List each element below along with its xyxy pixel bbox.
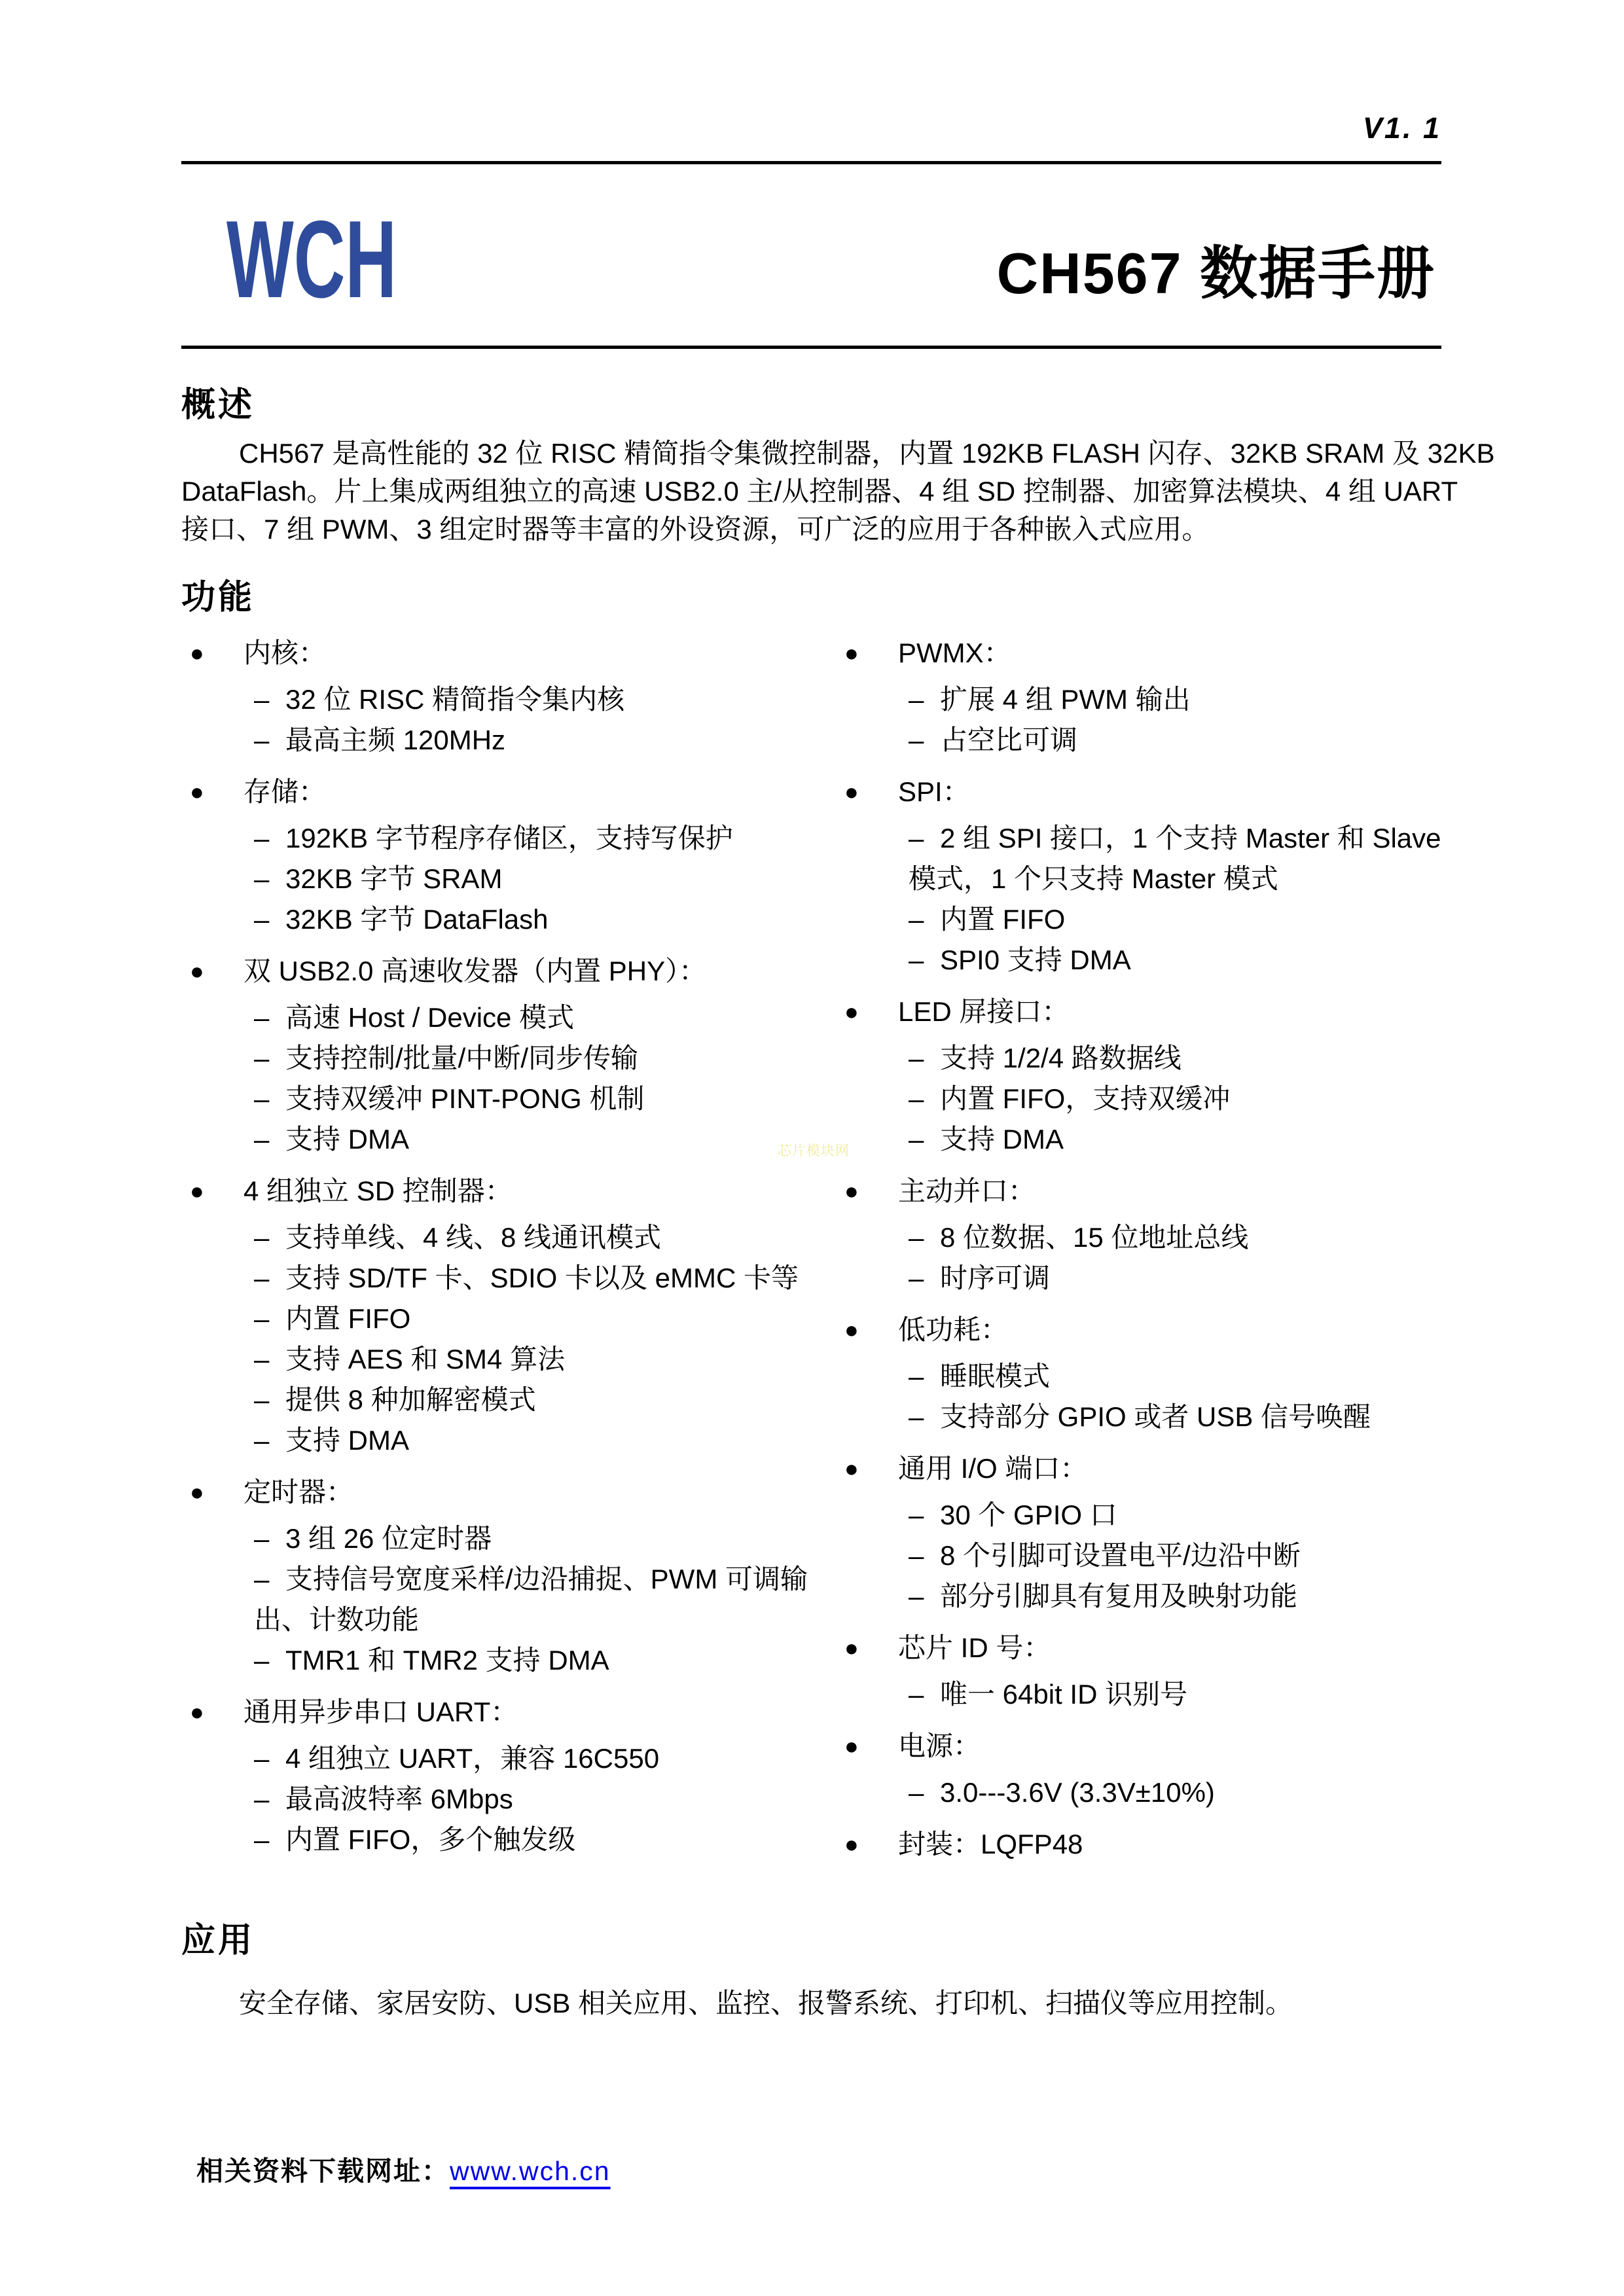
feature-item-label: 主动并口： bbox=[898, 1170, 1036, 1212]
feature-sub-text: 内置 FIFO bbox=[940, 904, 1065, 935]
feature-sub-line: –提供 8 种加解密模式 bbox=[254, 1380, 848, 1420]
feature-sub-line: –内置 FIFO bbox=[254, 1299, 848, 1339]
dash-icon: – bbox=[909, 1038, 940, 1079]
feature-item-label: LED 屏接口： bbox=[898, 991, 1069, 1033]
feature-sub-line: –睡眠模式 bbox=[909, 1356, 1548, 1397]
feature-item-label: 4 组独立 SD 控制器： bbox=[244, 1170, 513, 1212]
feature-item-label: 封装：LQFP48 bbox=[898, 1823, 1083, 1865]
feature-sub-text: 最高波特率 6Mbps bbox=[285, 1784, 513, 1814]
feature-sub-line: –支持 AES 和 SM4 算法 bbox=[254, 1339, 848, 1380]
feature-sub-text: 内置 FIFO，支持双缓冲 bbox=[940, 1083, 1230, 1114]
feature-sub-text: 支持双缓冲 PINT-PONG 机制 bbox=[285, 1083, 644, 1114]
feature-sub-text: 32 位 RISC 精简指令集内核 bbox=[285, 684, 624, 715]
feature-sub-text: 2 组 SPI 接口，1 个支持 Master 和 Slave bbox=[940, 823, 1441, 853]
feature-sub-line: –32KB 字节 SRAM bbox=[254, 859, 848, 899]
dash-icon: – bbox=[254, 1119, 285, 1160]
features-column-right: ●PWMX：–扩展 4 组 PWM 输出–占空比可调●SPI：–2 组 SPI … bbox=[844, 632, 1548, 1865]
dash-icon: – bbox=[254, 1339, 285, 1380]
feature-item: ●4 组独立 SD 控制器：–支持单线、4 线、8 线通讯模式–支持 SD/TF… bbox=[190, 1170, 848, 1461]
feature-item-head: ●SPI： bbox=[844, 771, 1548, 813]
feature-item-label: 存储： bbox=[244, 771, 326, 813]
feature-sub-line: –3 组 26 位定时器 bbox=[254, 1518, 848, 1559]
dash-icon: – bbox=[909, 679, 940, 720]
feature-sub-line: –最高波特率 6Mbps bbox=[254, 1779, 848, 1820]
feature-item: ●低功耗：–睡眠模式–支持部分 GPIO 或者 USB 信号唤醒 bbox=[844, 1309, 1548, 1437]
feature-item: ●PWMX：–扩展 4 组 PWM 输出–占空比可调 bbox=[844, 632, 1548, 761]
feature-sub-line: –支持信号宽度采样/边沿捕捉、PWM 可调输 bbox=[254, 1559, 848, 1600]
feature-item-head: ●4 组独立 SD 控制器： bbox=[190, 1170, 848, 1212]
feature-item: ●内核：–32 位 RISC 精简指令集内核–最高主频 120MHz bbox=[190, 632, 848, 761]
feature-sub-text: 支持 AES 和 SM4 算法 bbox=[285, 1344, 565, 1374]
feature-sub-text: 支持信号宽度采样/边沿捕捉、PWM 可调输 bbox=[285, 1564, 808, 1594]
bullet-icon: ● bbox=[190, 1471, 244, 1513]
dash-icon: – bbox=[254, 1038, 285, 1079]
bullet-icon: ● bbox=[844, 771, 898, 813]
feature-item: ●主动并口：–8 位数据、15 位地址总线–时序可调 bbox=[844, 1170, 1548, 1299]
dash-icon: – bbox=[909, 1535, 940, 1576]
feature-sub-line: –占空比可调 bbox=[909, 720, 1548, 761]
feature-sub-line: –支持双缓冲 PINT-PONG 机制 bbox=[254, 1079, 848, 1119]
feature-item-head: ●低功耗： bbox=[844, 1309, 1548, 1351]
dash-icon: – bbox=[254, 1518, 285, 1559]
dash-icon: – bbox=[254, 1738, 285, 1779]
dash-icon: – bbox=[909, 1258, 940, 1299]
feature-item: ●通用 I/O 端口：–30 个 GPIO 口–8 个引脚可设置电平/边沿中断–… bbox=[844, 1448, 1548, 1617]
bullet-icon: ● bbox=[190, 950, 244, 992]
overview-heading: 概述 bbox=[181, 377, 255, 426]
wch-logo: WCH bbox=[225, 207, 401, 305]
feature-sub-text: 支持控制/批量/中断/同步传输 bbox=[285, 1043, 638, 1073]
application-heading: 应用 bbox=[181, 1912, 255, 1962]
feature-sub-text: 32KB 字节 SRAM bbox=[285, 863, 502, 894]
features-column-left: ●内核：–32 位 RISC 精简指令集内核–最高主频 120MHz●存储：–1… bbox=[190, 632, 848, 1860]
feature-sub-line: –SPI0 支持 DMA bbox=[909, 940, 1548, 980]
dash-icon: – bbox=[254, 1258, 285, 1299]
feature-item-head: ●LED 屏接口： bbox=[844, 991, 1548, 1033]
feature-sub-text: TMR1 和 TMR2 支持 DMA bbox=[285, 1645, 609, 1676]
bullet-icon: ● bbox=[190, 1691, 244, 1733]
feature-sub-text: 模式，1 个只支持 Master 模式 bbox=[909, 863, 1278, 894]
feature-sub-list: –3.0---3.6V (3.3V±10%) bbox=[909, 1772, 1548, 1813]
feature-sub-list: –唯一 64bit ID 识别号 bbox=[909, 1674, 1548, 1715]
dash-icon: – bbox=[909, 818, 940, 859]
feature-sub-text: 4 组独立 UART，兼容 16C550 bbox=[285, 1743, 659, 1774]
dash-icon: – bbox=[909, 899, 940, 940]
feature-sub-text: 支持 1/2/4 路数据线 bbox=[940, 1043, 1182, 1073]
feature-item-head: ●芯片 ID 号： bbox=[844, 1627, 1548, 1669]
feature-sub-text: 提供 8 种加解密模式 bbox=[285, 1384, 536, 1415]
feature-sub-list: –3 组 26 位定时器–支持信号宽度采样/边沿捕捉、PWM 可调输出、计数功能… bbox=[254, 1518, 848, 1681]
dash-icon: – bbox=[909, 1356, 940, 1397]
feature-item-head: ●主动并口： bbox=[844, 1170, 1548, 1212]
feature-sub-text: 睡眠模式 bbox=[940, 1361, 1050, 1391]
feature-sub-list: –192KB 字节程序存储区，支持写保护–32KB 字节 SRAM–32KB 字… bbox=[254, 818, 848, 940]
feature-sub-line: –支持 DMA bbox=[254, 1119, 848, 1160]
feature-sub-text: 扩展 4 组 PWM 输出 bbox=[940, 684, 1191, 715]
wch-logo-graphic: WCH bbox=[225, 207, 401, 305]
title-divider bbox=[181, 346, 1441, 349]
dash-icon: – bbox=[254, 1820, 285, 1860]
feature-sub-line: –32 位 RISC 精简指令集内核 bbox=[254, 679, 848, 720]
feature-sub-text: 3.0---3.6V (3.3V±10%) bbox=[940, 1777, 1215, 1808]
feature-sub-text: 唯一 64bit ID 识别号 bbox=[940, 1679, 1187, 1710]
watermark-text: 芯片模块网 bbox=[778, 1140, 850, 1160]
feature-sub-list: –支持 1/2/4 路数据线–内置 FIFO，支持双缓冲–支持 DMA bbox=[909, 1038, 1548, 1160]
feature-item-head: ●内核： bbox=[190, 632, 848, 674]
feature-item-label: SPI： bbox=[898, 771, 970, 813]
feature-sub-list: –高速 Host / Device 模式–支持控制/批量/中断/同步传输–支持双… bbox=[254, 997, 848, 1160]
feature-sub-text: 8 位数据、15 位地址总线 bbox=[940, 1222, 1248, 1253]
feature-item-head: ●通用异步串口 UART： bbox=[190, 1691, 848, 1733]
overview-paragraph: CH567 是高性能的 32 位 RISC 精简指令集微控制器，内置 192KB… bbox=[181, 435, 1445, 548]
feature-sub-text: 内置 FIFO，多个触发级 bbox=[285, 1824, 575, 1855]
feature-item-label: 定时器： bbox=[244, 1471, 353, 1513]
feature-sub-line: –30 个 GPIO 口 bbox=[909, 1495, 1548, 1535]
footer-link[interactable]: www.wch.cn bbox=[450, 2156, 611, 2186]
feature-item-head: ●存储： bbox=[190, 771, 848, 813]
dash-icon: – bbox=[254, 1559, 285, 1600]
feature-sub-list: –支持单线、4 线、8 线通讯模式–支持 SD/TF 卡、SDIO 卡以及 eM… bbox=[254, 1217, 848, 1461]
feature-item-label: 低功耗： bbox=[898, 1309, 1008, 1351]
feature-sub-line: –支持单线、4 线、8 线通讯模式 bbox=[254, 1217, 848, 1258]
footer: 相关资料下载网址：www.wch.cn bbox=[196, 2149, 611, 2188]
feature-sub-text: 最高主频 120MHz bbox=[285, 725, 505, 755]
feature-sub-line: –TMR1 和 TMR2 支持 DMA bbox=[254, 1640, 848, 1681]
feature-sub-line: –支持控制/批量/中断/同步传输 bbox=[254, 1038, 848, 1079]
feature-sub-list: –32 位 RISC 精简指令集内核–最高主频 120MHz bbox=[254, 679, 848, 761]
feature-sub-text: SPI0 支持 DMA bbox=[940, 944, 1131, 975]
bullet-icon: ● bbox=[844, 1725, 898, 1767]
feature-item: ●SPI：–2 组 SPI 接口，1 个支持 Master 和 Slave模式，… bbox=[844, 771, 1548, 980]
dash-icon: – bbox=[254, 720, 285, 761]
bullet-icon: ● bbox=[190, 771, 244, 813]
dash-icon: – bbox=[909, 1079, 940, 1119]
svg-text:WCH: WCH bbox=[226, 207, 397, 305]
dash-icon: – bbox=[254, 997, 285, 1038]
feature-item-head: ●电源： bbox=[844, 1725, 1548, 1767]
feature-item: ●存储：–192KB 字节程序存储区，支持写保护–32KB 字节 SRAM–32… bbox=[190, 771, 848, 940]
feature-sub-line: –8 个引脚可设置电平/边沿中断 bbox=[909, 1535, 1548, 1576]
feature-sub-list: –扩展 4 组 PWM 输出–占空比可调 bbox=[909, 679, 1548, 761]
dash-icon: – bbox=[254, 1420, 285, 1461]
feature-sub-line: –部分引脚具有复用及映射功能 bbox=[909, 1576, 1548, 1617]
feature-item: ●定时器：–3 组 26 位定时器–支持信号宽度采样/边沿捕捉、PWM 可调输出… bbox=[190, 1471, 848, 1681]
feature-item-head: ●通用 I/O 端口： bbox=[844, 1448, 1548, 1490]
version-label: V1. 1 bbox=[1363, 111, 1441, 145]
feature-item: ●芯片 ID 号：–唯一 64bit ID 识别号 bbox=[844, 1627, 1548, 1715]
bullet-icon: ● bbox=[844, 632, 898, 674]
feature-sub-line: –支持 SD/TF 卡、SDIO 卡以及 eMMC 卡等 bbox=[254, 1258, 848, 1299]
feature-sub-text: 支持 DMA bbox=[940, 1124, 1064, 1155]
dash-icon: – bbox=[254, 679, 285, 720]
feature-sub-text: 32KB 字节 DataFlash bbox=[285, 904, 549, 935]
dash-icon: – bbox=[909, 1217, 940, 1258]
feature-sub-text: 30 个 GPIO 口 bbox=[940, 1499, 1117, 1530]
feature-sub-line: –支持 DMA bbox=[909, 1119, 1548, 1160]
feature-item-label: 通用 I/O 端口： bbox=[898, 1448, 1087, 1490]
header-divider bbox=[181, 161, 1441, 164]
feature-sub-text: 支持单线、4 线、8 线通讯模式 bbox=[285, 1222, 661, 1253]
feature-item-label: 通用异步串口 UART： bbox=[244, 1691, 518, 1733]
overview-line: 接口、7 组 PWM、3 组定时器等丰富的外设资源，可广泛的应用于各种嵌入式应用… bbox=[181, 511, 1445, 548]
feature-item-label: 双 USB2.0 高速收发器（内置 PHY）： bbox=[244, 950, 706, 992]
feature-sub-list: –8 位数据、15 位地址总线–时序可调 bbox=[909, 1217, 1548, 1299]
dash-icon: – bbox=[254, 1380, 285, 1420]
application-paragraph: 安全存储、家居安防、USB 相关应用、监控、报警系统、打印机、扫描仪等应用控制。 bbox=[181, 1984, 1445, 2022]
dash-icon: – bbox=[254, 1079, 285, 1119]
features-heading: 功能 bbox=[181, 569, 255, 619]
feature-sub-text: 内置 FIFO bbox=[285, 1303, 410, 1334]
bullet-icon: ● bbox=[190, 632, 244, 674]
dash-icon: – bbox=[909, 1576, 940, 1617]
feature-sub-list: –4 组独立 UART，兼容 16C550–最高波特率 6Mbps–内置 FIF… bbox=[254, 1738, 848, 1860]
datasheet-page: V1. 1 WCH CH567 数据手册 概述 CH567 是高性能的 32 位… bbox=[0, 0, 1624, 2296]
bullet-icon: ● bbox=[844, 1823, 898, 1865]
feature-sub-text: 支持 SD/TF 卡、SDIO 卡以及 eMMC 卡等 bbox=[285, 1263, 799, 1293]
feature-sub-text: 时序可调 bbox=[940, 1263, 1050, 1293]
feature-sub-text: 部分引脚具有复用及映射功能 bbox=[940, 1581, 1297, 1611]
feature-item-label: 芯片 ID 号： bbox=[898, 1627, 1051, 1669]
feature-sub-line: –2 组 SPI 接口，1 个支持 Master 和 Slave bbox=[909, 818, 1548, 859]
feature-sub-line: –内置 FIFO，支持双缓冲 bbox=[909, 1079, 1548, 1119]
dash-icon: – bbox=[254, 818, 285, 859]
dash-icon: – bbox=[254, 899, 285, 940]
dash-icon: – bbox=[254, 1640, 285, 1681]
feature-sub-list: –睡眠模式–支持部分 GPIO 或者 USB 信号唤醒 bbox=[909, 1356, 1548, 1437]
bullet-icon: ● bbox=[844, 1309, 898, 1351]
feature-sub-line: –扩展 4 组 PWM 输出 bbox=[909, 679, 1548, 720]
feature-sub-text: 支持部分 GPIO 或者 USB 信号唤醒 bbox=[940, 1401, 1371, 1432]
feature-sub-text: 192KB 字节程序存储区，支持写保护 bbox=[285, 823, 733, 853]
dash-icon: – bbox=[909, 1397, 940, 1437]
dash-icon: – bbox=[909, 1119, 940, 1160]
dash-icon: – bbox=[254, 859, 285, 899]
feature-item: ●双 USB2.0 高速收发器（内置 PHY）：–高速 Host / Devic… bbox=[190, 950, 848, 1160]
dash-icon: – bbox=[254, 1779, 285, 1820]
feature-sub-text: 支持 DMA bbox=[285, 1425, 409, 1456]
feature-sub-text: 高速 Host / Device 模式 bbox=[285, 1002, 574, 1033]
feature-item: ●通用异步串口 UART：–4 组独立 UART，兼容 16C550–最高波特率… bbox=[190, 1691, 848, 1860]
feature-sub-line: –支持 1/2/4 路数据线 bbox=[909, 1038, 1548, 1079]
feature-sub-line: 模式，1 个只支持 Master 模式 bbox=[909, 859, 1548, 899]
bullet-icon: ● bbox=[190, 1170, 244, 1212]
dash-icon: – bbox=[909, 1495, 940, 1535]
feature-item-head: ●封装：LQFP48 bbox=[844, 1823, 1548, 1865]
bullet-icon: ● bbox=[844, 1448, 898, 1490]
feature-item: ●电源：–3.0---3.6V (3.3V±10%) bbox=[844, 1725, 1548, 1813]
feature-sub-line: –最高主频 120MHz bbox=[254, 720, 848, 761]
feature-item-label: 内核： bbox=[244, 632, 326, 674]
dash-icon: – bbox=[254, 1299, 285, 1339]
feature-sub-line: –支持部分 GPIO 或者 USB 信号唤醒 bbox=[909, 1397, 1548, 1437]
feature-sub-text: 占空比可调 bbox=[940, 725, 1077, 755]
feature-sub-line: –内置 FIFO，多个触发级 bbox=[254, 1820, 848, 1860]
feature-sub-text: 3 组 26 位定时器 bbox=[285, 1523, 492, 1554]
feature-sub-line: 出、计数功能 bbox=[254, 1600, 848, 1640]
feature-sub-line: –支持 DMA bbox=[254, 1420, 848, 1461]
bullet-icon: ● bbox=[844, 991, 898, 1033]
feature-item-label: 电源： bbox=[898, 1725, 981, 1767]
dash-icon: – bbox=[909, 940, 940, 980]
dash-icon: – bbox=[909, 1674, 940, 1715]
dash-icon: – bbox=[254, 1217, 285, 1258]
bullet-icon: ● bbox=[844, 1627, 898, 1669]
feature-sub-line: –32KB 字节 DataFlash bbox=[254, 899, 848, 940]
feature-sub-text: 支持 DMA bbox=[285, 1124, 409, 1155]
feature-sub-line: –唯一 64bit ID 识别号 bbox=[909, 1674, 1548, 1715]
feature-sub-line: –内置 FIFO bbox=[909, 899, 1548, 940]
feature-sub-line: –8 位数据、15 位地址总线 bbox=[909, 1217, 1548, 1258]
feature-sub-line: –3.0---3.6V (3.3V±10%) bbox=[909, 1772, 1548, 1813]
feature-sub-line: –192KB 字节程序存储区，支持写保护 bbox=[254, 818, 848, 859]
dash-icon: – bbox=[909, 720, 940, 761]
feature-item-head: ●双 USB2.0 高速收发器（内置 PHY）： bbox=[190, 950, 848, 992]
bullet-icon: ● bbox=[844, 1170, 898, 1212]
feature-sub-line: –4 组独立 UART，兼容 16C550 bbox=[254, 1738, 848, 1779]
feature-sub-list: –30 个 GPIO 口–8 个引脚可设置电平/边沿中断–部分引脚具有复用及映射… bbox=[909, 1495, 1548, 1617]
overview-line: CH567 是高性能的 32 位 RISC 精简指令集微控制器，内置 192KB… bbox=[181, 435, 1445, 473]
dash-icon: – bbox=[909, 1772, 940, 1813]
overview-line: DataFlash。片上集成两组独立的高速 USB2.0 主/从控制器、4 组 … bbox=[181, 473, 1445, 511]
feature-sub-line: –时序可调 bbox=[909, 1258, 1548, 1299]
feature-sub-line: –高速 Host / Device 模式 bbox=[254, 997, 848, 1038]
feature-sub-list: –2 组 SPI 接口，1 个支持 Master 和 Slave模式，1 个只支… bbox=[909, 818, 1548, 980]
feature-item-head: ●PWMX： bbox=[844, 632, 1548, 674]
feature-item: ●LED 屏接口：–支持 1/2/4 路数据线–内置 FIFO，支持双缓冲–支持… bbox=[844, 991, 1548, 1160]
document-title: CH567 数据手册 bbox=[997, 228, 1435, 310]
feature-sub-text: 出、计数功能 bbox=[254, 1604, 419, 1635]
feature-item-label: PWMX： bbox=[898, 632, 1011, 674]
feature-item: ●封装：LQFP48 bbox=[844, 1823, 1548, 1865]
feature-item-head: ●定时器： bbox=[190, 1471, 848, 1513]
footer-label: 相关资料下载网址： bbox=[196, 2156, 450, 2186]
feature-sub-text: 8 个引脚可设置电平/边沿中断 bbox=[940, 1540, 1301, 1571]
